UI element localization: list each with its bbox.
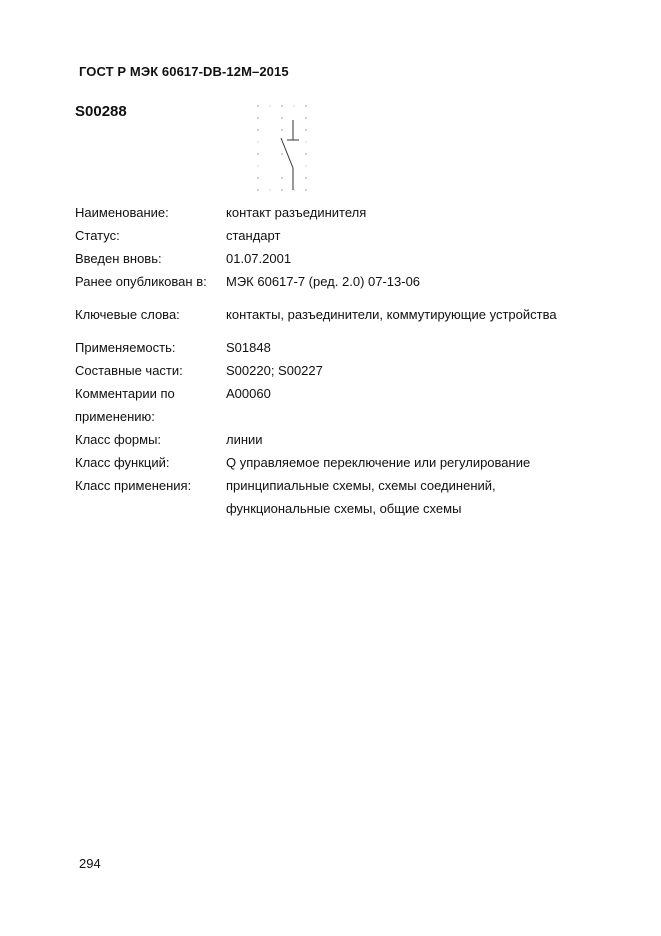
field-label: Класс применения:	[75, 474, 191, 497]
field-value: Q управляемое переключение или регулиров…	[226, 451, 530, 474]
document-header: ГОСТ Р МЭК 60617-DB-12M–2015	[79, 64, 289, 79]
field-value: МЭК 60617-7 (ред. 2.0) 07-13-06	[226, 270, 420, 293]
field-label: Комментарии по	[75, 382, 175, 405]
field-label: Статус:	[75, 224, 120, 247]
field-value: линии	[226, 428, 263, 451]
field-value: функциональные схемы, общие схемы	[226, 497, 461, 520]
field-value: A00060	[226, 382, 271, 405]
field-value: 01.07.2001	[226, 247, 291, 270]
field-label: Ранее опубликован в:	[75, 270, 207, 293]
field-value: S00220; S00227	[226, 359, 323, 382]
field-value: контакты, разъединители, коммутирующие у…	[226, 303, 557, 326]
field-label: применению:	[75, 405, 155, 428]
field-label: Класс функций:	[75, 451, 170, 474]
page-number: 294	[79, 856, 101, 871]
field-label: Наименование:	[75, 201, 169, 224]
disconnector-contact-symbol-icon	[252, 100, 316, 200]
symbol-code: S00288	[75, 103, 127, 120]
field-label: Класс формы:	[75, 428, 161, 451]
field-label: Составные части:	[75, 359, 183, 382]
field-value: стандарт	[226, 224, 280, 247]
field-value: принципиальные схемы, схемы соединений,	[226, 474, 496, 497]
field-label: Применяемость:	[75, 336, 175, 359]
field-label: Введен вновь:	[75, 247, 162, 270]
field-label: Ключевые слова:	[75, 303, 180, 326]
field-value: S01848	[226, 336, 271, 359]
field-value: контакт разъединителя	[226, 201, 366, 224]
